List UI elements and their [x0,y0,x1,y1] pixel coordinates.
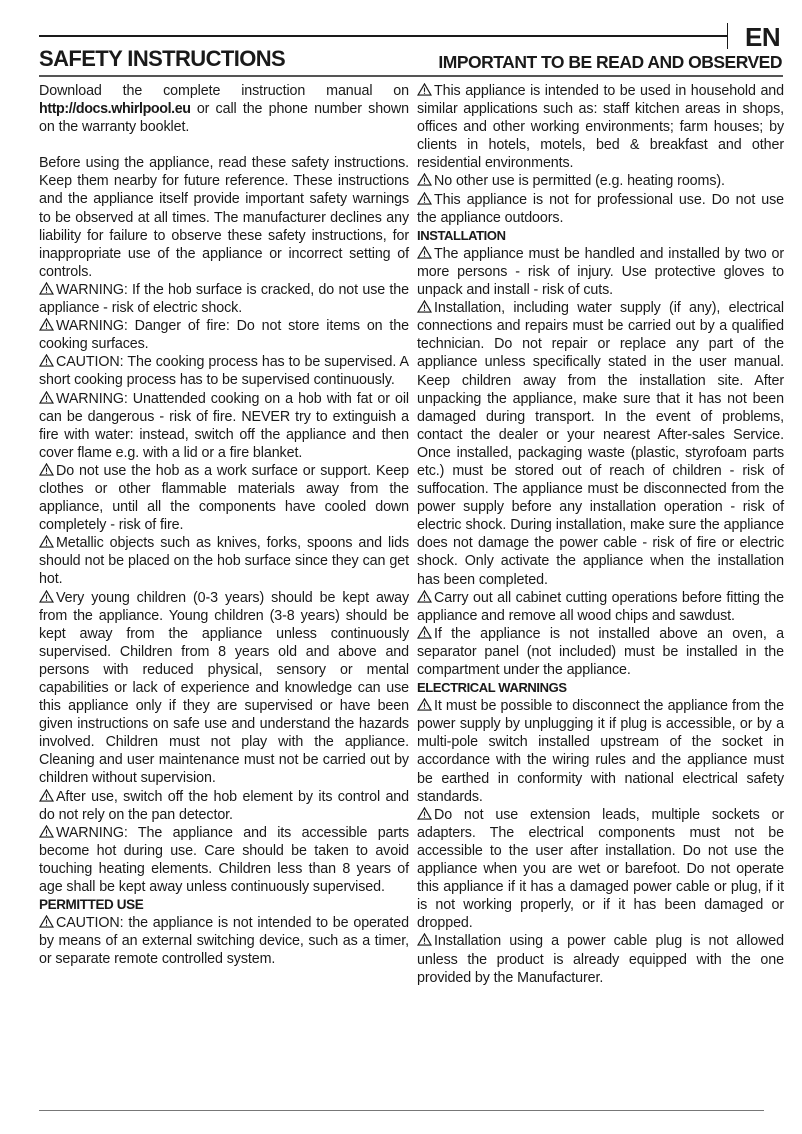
warning-item: CAUTION: The cooking process has to be s… [39,353,409,389]
warning-item: WARNING: Unattended cooking on a hob wit… [39,390,409,462]
warning-triangle-icon [39,789,54,802]
warning-text: WARNING: Unattended cooking on a hob wit… [39,391,409,461]
warning-item: Installation using a power cable plug is… [417,932,784,986]
language-label: EN [745,22,780,53]
section-heading-installation: INSTALLATION [417,227,784,245]
top-rule [39,35,727,37]
warning-text: Metallic objects such as knives, forks, … [39,535,409,587]
warning-text: Installation using a power cable plug is… [417,933,784,985]
language-tab-divider [727,23,728,49]
intro-text: Download the complete instruction manual… [39,83,409,99]
warning-text: This appliance is not for professional u… [417,192,784,226]
warning-triangle-icon [417,933,432,946]
warning-triangle-icon [39,463,54,476]
warning-triangle-icon [39,915,54,928]
warning-triangle-icon [417,192,432,205]
section-heading-permitted-use: PERMITTED USE [39,896,409,914]
warning-item: After use, switch off the hob element by… [39,788,409,824]
warning-text: WARNING: If the hob surface is cracked, … [39,282,409,316]
warning-triangle-icon [417,83,432,96]
warning-text: If the appliance is not installed above … [417,626,784,678]
warning-text: Do not use extension leads, multiple soc… [417,807,784,932]
warning-triangle-icon [39,590,54,603]
warning-item: Do not use the hob as a work surface or … [39,462,409,534]
warning-item: Do not use extension leads, multiple soc… [417,806,784,933]
warning-item: WARNING: The appliance and its accessibl… [39,824,409,896]
warning-item: Metallic objects such as knives, forks, … [39,534,409,588]
download-paragraph: Download the complete instruction manual… [39,82,409,136]
footer-rule [39,1110,764,1111]
page-subtitle: IMPORTANT TO BE READ AND OBSERVED [438,52,782,73]
warning-item: Carry out all cabinet cutting operations… [417,589,784,625]
warning-text: This appliance is intended to be used in… [417,83,784,171]
warning-item: This appliance is intended to be used in… [417,82,784,172]
warning-item: Very young children (0-3 years) should b… [39,589,409,788]
warning-item: CAUTION: the appliance is not intended t… [39,914,409,968]
before-using-paragraph: Before using the appliance, read these s… [39,154,409,281]
warning-triangle-icon [417,173,432,186]
warning-text: CAUTION: the appliance is not intended t… [39,915,409,967]
warning-triangle-icon [39,825,54,838]
right-column: This appliance is intended to be used in… [417,82,784,987]
section-heading-electrical-warnings: ELECTRICAL WARNINGS [417,679,784,697]
warning-triangle-icon [39,354,54,367]
page-title: SAFETY INSTRUCTIONS [39,46,285,72]
warning-item: WARNING: Danger of fire: Do not store it… [39,317,409,353]
warning-item: If the appliance is not installed above … [417,625,784,679]
warning-text: The appliance must be handled and instal… [417,246,784,298]
title-rule [39,75,783,77]
warning-triangle-icon [417,807,432,820]
warning-text: Do not use the hob as a work surface or … [39,463,409,533]
manual-link[interactable]: http://docs.whirlpool.eu [39,101,191,117]
warning-text: Very young children (0-3 years) should b… [39,590,409,787]
warning-item: WARNING: If the hob surface is cracked, … [39,281,409,317]
warning-text: Installation, including water supply (if… [417,300,784,587]
warning-triangle-icon [39,318,54,331]
warning-text: After use, switch off the hob element by… [39,789,409,823]
warning-triangle-icon [417,698,432,711]
warning-item: It must be possible to disconnect the ap… [417,697,784,806]
warning-triangle-icon [39,391,54,404]
warning-text: It must be possible to disconnect the ap… [417,698,784,804]
warning-triangle-icon [39,535,54,548]
warning-text: CAUTION: The cooking process has to be s… [39,354,409,388]
warning-triangle-icon [417,590,432,603]
warning-item: No other use is permitted (e.g. heating … [417,172,784,190]
warning-text: WARNING: Danger of fire: Do not store it… [39,318,409,352]
left-column: Download the complete instruction manual… [39,82,409,969]
warning-text: WARNING: The appliance and its accessibl… [39,825,409,895]
warning-triangle-icon [39,282,54,295]
warning-text: No other use is permitted (e.g. heating … [434,173,725,189]
warning-item: Installation, including water supply (if… [417,299,784,589]
warning-triangle-icon [417,300,432,313]
warning-item: The appliance must be handled and instal… [417,245,784,299]
warning-triangle-icon [417,626,432,639]
warning-triangle-icon [417,246,432,259]
warning-item: This appliance is not for professional u… [417,191,784,227]
warning-text: Carry out all cabinet cutting operations… [417,590,784,624]
